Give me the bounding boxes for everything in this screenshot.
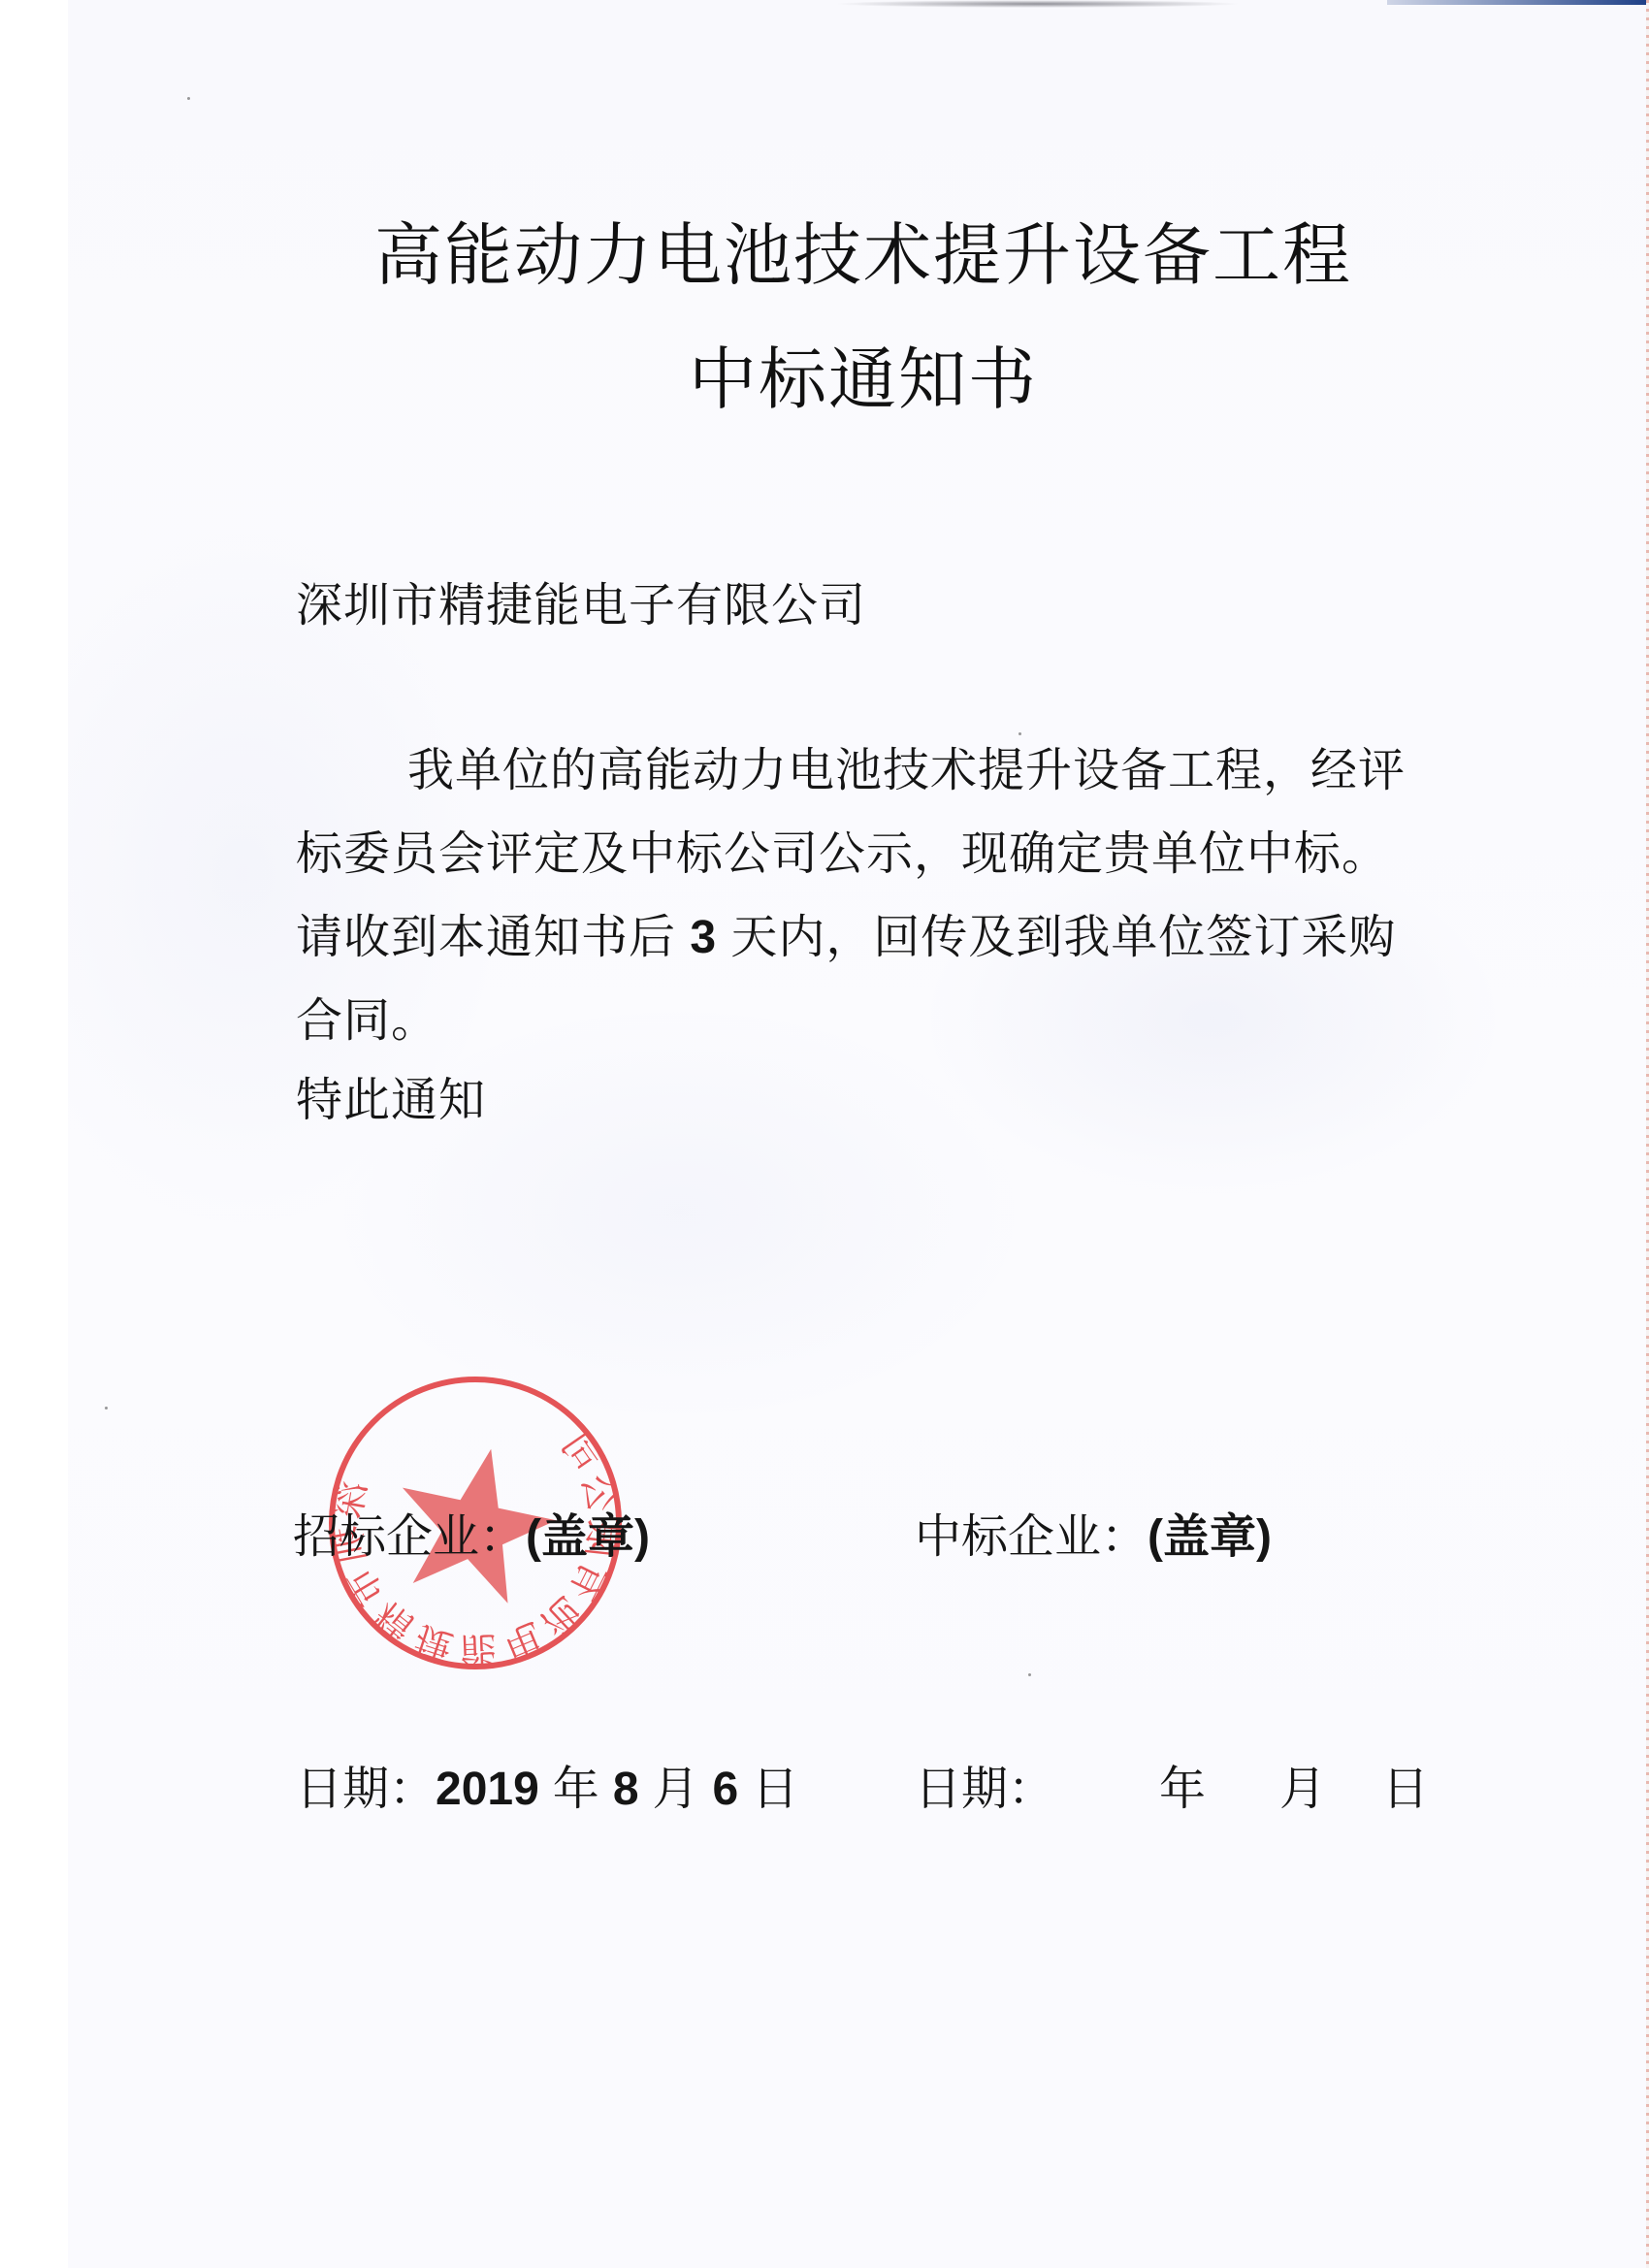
tenderer-date: 日期：2019年8月6日 xyxy=(296,1751,798,1818)
deadline-days-value: 3 xyxy=(690,912,717,963)
body-line-4: 合同。 xyxy=(296,989,1440,1069)
scan-edge-top xyxy=(1387,0,1649,5)
body-line-3-after: 天内，回传及到我单位签订采购 xyxy=(730,910,1396,964)
date-year: 2019 xyxy=(436,1764,539,1815)
closing-phrase: 特此通知 xyxy=(296,1069,1440,1152)
date-label: 日期： xyxy=(296,1762,436,1816)
document-subtitle: 中标通知书 xyxy=(0,325,1649,423)
date-label: 日期： xyxy=(915,1762,1054,1816)
scan-shadow xyxy=(834,0,1242,8)
scan-speck xyxy=(1028,1673,1031,1676)
deadline-days: 3 xyxy=(676,912,730,963)
day-char: 日 xyxy=(752,1762,798,1816)
date-day: 6 xyxy=(713,1764,739,1815)
body-line-2: 标委员会评定及中标公司公示，现确定贵单位中标。 xyxy=(296,823,1440,906)
year-char: 年 xyxy=(553,1762,599,1816)
body-line-3: 请收到本通知书后 3 天内，回传及到我单位签订采购 xyxy=(296,906,1440,989)
body-line-3-before: 请收到本通知书后 xyxy=(296,910,676,964)
tenderer-signature: 招标企业：(盖章) xyxy=(293,1499,650,1566)
recipient-company: 深圳市精捷能电子有限公司 xyxy=(296,567,866,634)
year-char: 年 xyxy=(1159,1762,1206,1816)
body-line-1: 我单位的高能动力电池技术提升设备工程，经评 xyxy=(296,739,1440,823)
month-char: 月 xyxy=(1279,1762,1326,1816)
document-title: 高能动力电池技术提升设备工程 xyxy=(0,201,1649,299)
winner-signature: 中标企业：(盖章) xyxy=(915,1499,1272,1566)
month-char: 月 xyxy=(653,1762,699,1816)
winner-label: 中标企业： xyxy=(915,1509,1148,1564)
scan-speck xyxy=(105,1407,108,1409)
scan-speck xyxy=(1018,732,1021,735)
scan-speck xyxy=(187,97,190,100)
tenderer-label: 招标企业： xyxy=(293,1509,526,1564)
notice-body: 我单位的高能动力电池技术提升设备工程，经评 标委员会评定及中标公司公示，现确定贵… xyxy=(296,739,1440,1152)
day-char: 日 xyxy=(1382,1762,1429,1816)
winner-date: 日期：年月日 xyxy=(915,1751,1429,1818)
winner-seal-placeholder: (盖章) xyxy=(1148,1511,1272,1563)
tenderer-seal-placeholder: (盖章) xyxy=(526,1511,650,1563)
date-month: 8 xyxy=(613,1764,639,1815)
